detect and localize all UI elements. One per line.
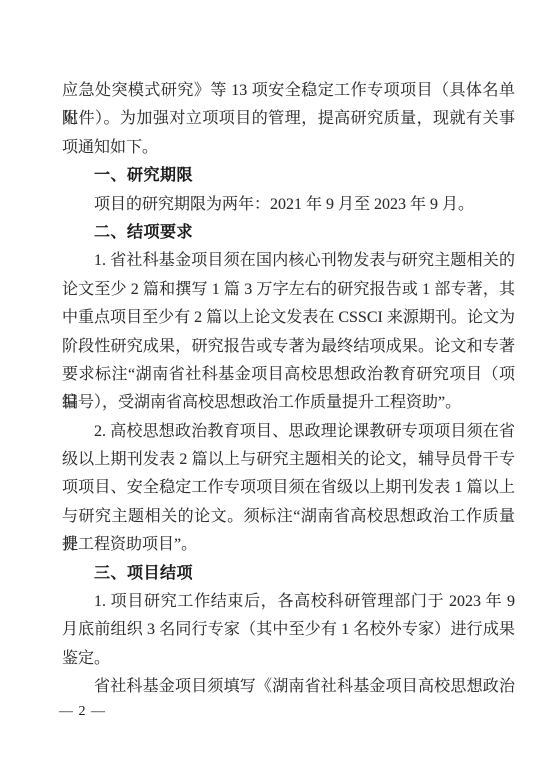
text-line: 2. 高校思想政治教育项目、思政理论课教研专项项目须在省 [62, 418, 515, 446]
text-line: 应急处突模式研究》等 13 项安全稳定工作专项项目（具体名单见 [62, 77, 515, 105]
text-line: 级以上期刊发表 2 篇以上与研究主题相关的论文，辅导员骨干专 [62, 446, 515, 474]
paragraph: 省社科基金项目须填写《湖南省社科基金项目高校思想政治 [62, 673, 515, 701]
section-heading: 一、研究期限 [62, 162, 515, 190]
paragraph: 应急处突模式研究》等 13 项安全稳定工作专项项目（具体名单见附件）。为加强对立… [62, 77, 515, 162]
heading-line: 一、研究期限 [62, 162, 515, 190]
text-line: 省社科基金项目须填写《湖南省社科基金项目高校思想政治 [62, 673, 515, 701]
text-line: 1. 项目研究工作结束后，各高校科研管理部门于 2023 年 9 [62, 588, 515, 616]
text-line: 项目的研究期限为两年：2021 年 9 月至 2023 年 9 月。 [62, 191, 515, 219]
paragraph: 1. 项目研究工作结束后，各高校科研管理部门于 2023 年 9月底前组织 3 … [62, 588, 515, 673]
document-content: 应急处突模式研究》等 13 项安全稳定工作专项项目（具体名单见附件）。为加强对立… [62, 77, 515, 702]
page-number: — 2 — [59, 703, 106, 721]
document-page: 应急处突模式研究》等 13 项安全稳定工作专项项目（具体名单见附件）。为加强对立… [0, 0, 543, 768]
text-line: 1. 省社科基金项目须在国内核心刊物发表与研究主题相关的 [62, 247, 515, 275]
text-line: 论文至少 2 篇和撰写 1 篇 3 万字左右的研究报告或 1 部专著，其 [62, 276, 515, 304]
section-heading: 二、结项要求 [62, 219, 515, 247]
text-line: 阶段性研究成果，研究报告或专著为最终结项成果。论文和专著 [62, 333, 515, 361]
text-line: 鉴定。 [62, 645, 515, 673]
section-heading: 三、项目结项 [62, 560, 515, 588]
text-line: 附件）。为加强对立项项目的管理，提高研究质量，现就有关事 [62, 105, 515, 133]
text-line: 与研究主题相关的论文。须标注“湖南省高校思想政治工作质量提 [62, 503, 515, 531]
heading-line: 二、结项要求 [62, 219, 515, 247]
paragraph: 1. 省社科基金项目须在国内核心刊物发表与研究主题相关的论文至少 2 篇和撰写 … [62, 247, 515, 417]
text-line: 升工程资助项目”。 [62, 531, 515, 559]
text-line: 编号），受湖南省高校思想政治工作质量提升工程资助”。 [62, 389, 515, 417]
text-line: 中重点项目至少有 2 篇以上论文发表在 CSSCI 来源期刊。论文为 [62, 304, 515, 332]
text-line: 项项目、安全稳定工作专项项目须在省级以上期刊发表 1 篇以上 [62, 474, 515, 502]
paragraph: 2. 高校思想政治教育项目、思政理论课教研专项项目须在省级以上期刊发表 2 篇以… [62, 418, 515, 560]
paragraph: 项目的研究期限为两年：2021 年 9 月至 2023 年 9 月。 [62, 191, 515, 219]
text-line: 要求标注“湖南省社科基金项目高校思想政治教育研究项目（项目 [62, 361, 515, 389]
heading-line: 三、项目结项 [62, 560, 515, 588]
text-line: 月底前组织 3 名同行专家（其中至少有 1 名校外专家）进行成果 [62, 616, 515, 644]
text-line: 项通知如下。 [62, 134, 515, 162]
